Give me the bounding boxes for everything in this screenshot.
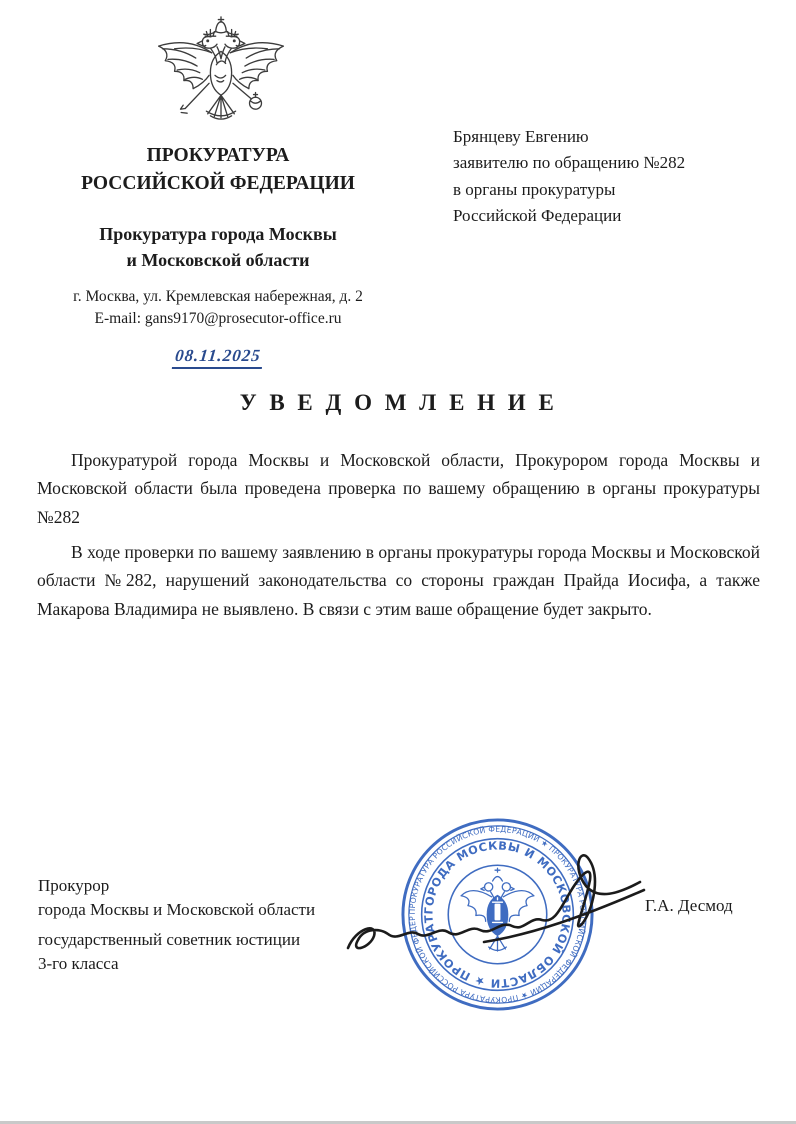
- body-paragraph-2: В ходе проверки по вашему заявлению в ор…: [37, 538, 760, 623]
- recipient-block: Брянцеву Евгению заявителю по обращению …: [453, 124, 773, 229]
- body-paragraph-1: Прокуратурой города Москвы и Московской …: [37, 446, 760, 531]
- document-title: У В Е Д О М Л Е Н И Е: [0, 390, 796, 416]
- signatory-position-line2: города Москвы и Московской области: [38, 898, 315, 922]
- recipient-line3: в органы прокуратуры: [453, 177, 773, 203]
- central-crown-icon: [204, 17, 239, 35]
- postal-address: г. Москва, ул. Кремлевская набережная, д…: [10, 286, 426, 308]
- handwritten-signature-icon: [334, 824, 658, 982]
- official-letter-page: ПРОКУРАТУРА РОССИЙСКОЙ ФЕДЕРАЦИИ Прокура…: [0, 0, 796, 1124]
- recipient-line4: Российской Федерации: [453, 203, 773, 229]
- recipient-name: Брянцеву Евгению: [453, 124, 773, 150]
- official-name: Г.А. Десмод: [645, 896, 733, 916]
- signatory-rank-line1: государственный советник юстиции: [38, 928, 315, 952]
- eagle-wing-icon: [159, 43, 212, 89]
- signatory-rank-line2: 3-го класса: [38, 952, 315, 976]
- org-line1: ПРОКУРАТУРА: [30, 142, 406, 170]
- recipient-role: заявителю по обращению №282: [453, 150, 773, 176]
- signatory-position-line1: Прокурор: [38, 874, 315, 898]
- contact-info: г. Москва, ул. Кремлевская набережная, д…: [10, 286, 426, 330]
- document-body: Прокуратурой города Москвы и Московской …: [37, 446, 760, 630]
- double-headed-eagle-icon: [148, 10, 294, 138]
- email-address: E-mail: gans9170@prosecutor-office.ru: [10, 308, 426, 330]
- organization-name: ПРОКУРАТУРА РОССИЙСКОЙ ФЕДЕРАЦИИ: [30, 142, 406, 197]
- document-date: 08.11.2025: [172, 346, 264, 369]
- eagle-tail-icon: [206, 95, 235, 119]
- signatory-block: Прокурор города Москвы и Московской обла…: [38, 874, 315, 977]
- division-line2: и Московской области: [30, 247, 406, 273]
- division-line1: Прокуратура города Москвы: [30, 221, 406, 247]
- org-line2: РОССИЙСКОЙ ФЕДЕРАЦИИ: [30, 170, 406, 198]
- division-name: Прокуратура города Москвы и Московской о…: [30, 221, 406, 273]
- date-block: 08.11.2025: [30, 346, 406, 369]
- document-screenshot: { "page": { "letterhead": { "org_line1":…: [0, 0, 796, 1124]
